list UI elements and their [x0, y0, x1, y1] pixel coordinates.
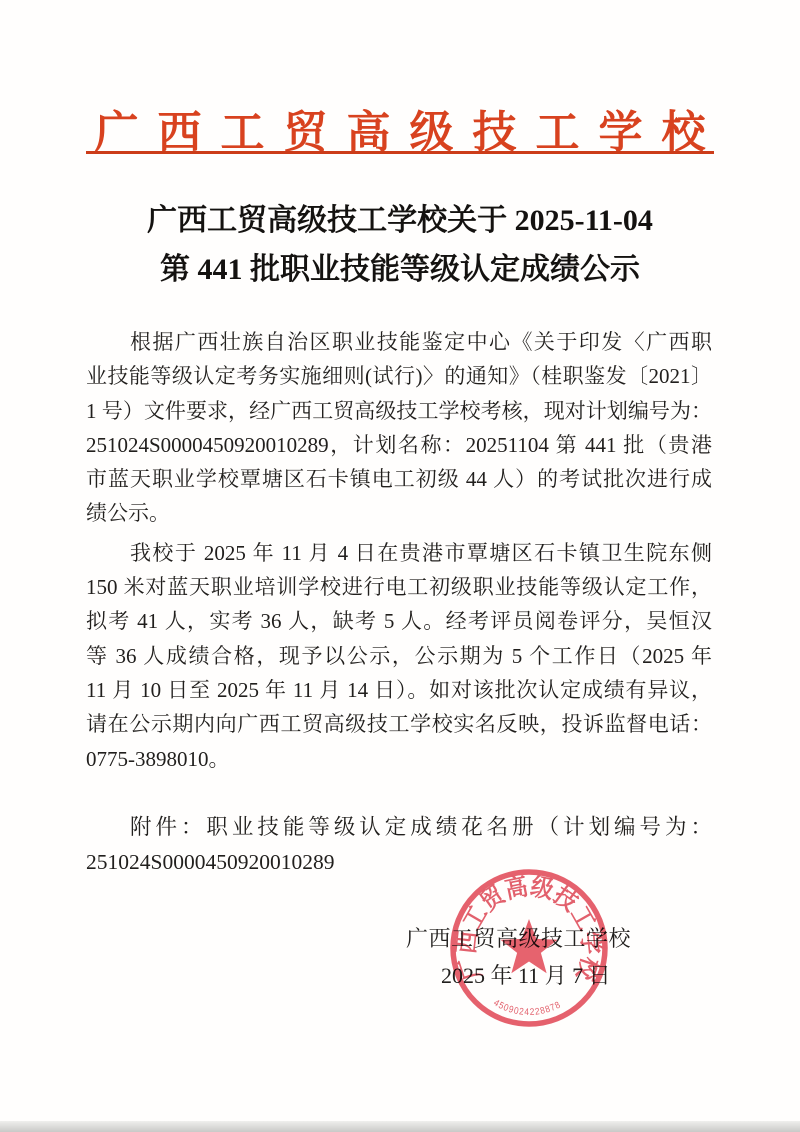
paragraph-2: 我校于 2025 年 11 月 4 日在贵港市覃塘区石卡镇卫生院东侧 150 米… [86, 536, 712, 776]
document-title-line1: 广西工贸高级技工学校关于 2025-11-04 [0, 196, 800, 245]
body-line: 业技能等级认定考务实施细则(试行)〉的通知》（桂职鉴发〔2021〕 [86, 359, 712, 393]
seal-serial-number: 4509024228878 [492, 998, 564, 1019]
paragraph-1: 根据广西壮族自治区职业技能鉴定中心《关于印发〈广西职 业技能等级认定考务实施细则… [86, 325, 712, 531]
body-line: 11 月 10 日至 2025 年 11 月 14 日）。如对该批次认定成绩有异… [86, 673, 712, 707]
body-line: 根据广西壮族自治区职业技能鉴定中心《关于印发〈广西职 [86, 325, 712, 359]
attachment-line1: 附件：职业技能等级认定成绩花名册（计划编号为： [86, 810, 712, 845]
body-line: 1 号）文件要求，经广西工贸高级技工学校考核，现对计划编号为： [86, 394, 712, 428]
document-title-line2: 第 441 批职业技能等级认定成绩公示 [0, 245, 800, 294]
body-line: 150 米对蓝天职业培训学校进行电工初级职业技能等级认定工作， [86, 570, 712, 604]
body-line: 市蓝天职业学校覃塘区石卡镇电工初级 44 人）的考试批次进行成 [86, 462, 712, 496]
body-line: 我校于 2025 年 11 月 4 日在贵港市覃塘区石卡镇卫生院东侧 [86, 536, 712, 570]
body-line: 请在公示期内向广西工贸高级技工学校实名反映，投诉监督电话： [86, 707, 712, 741]
body-line: 0775-3898010。 [86, 742, 712, 776]
body-line: 251024S0000450920010289，计划名称：20251104 第 … [86, 428, 712, 462]
page-bottom-edge [0, 1121, 800, 1132]
body-line: 拟考 41 人，实考 36 人，缺考 5 人。经考评员阅卷评分，吴恒汉 [86, 604, 712, 638]
masthead-rule [86, 151, 714, 154]
document-title: 广西工贸高级技工学校关于 2025-11-04 第 441 批职业技能等级认定成… [0, 196, 800, 294]
notice-document: 广西工贸高级技工学校 广西工贸高级技工学校关于 2025-11-04 第 441… [0, 0, 800, 1132]
notice-body: 根据广西壮族自治区职业技能鉴定中心《关于印发〈广西职 业技能等级认定考务实施细则… [86, 325, 712, 776]
svg-text:4509024228878: 4509024228878 [492, 998, 564, 1019]
official-seal-stamp: 广西工贸高级技工学校 4509024228878 [429, 848, 629, 1048]
seal-star-icon [500, 919, 557, 973]
body-line: 等 36 人成绩合格，现予以公示，公示期为 5 个工作日（2025 年 [86, 639, 712, 673]
body-line: 绩公示。 [86, 496, 712, 530]
